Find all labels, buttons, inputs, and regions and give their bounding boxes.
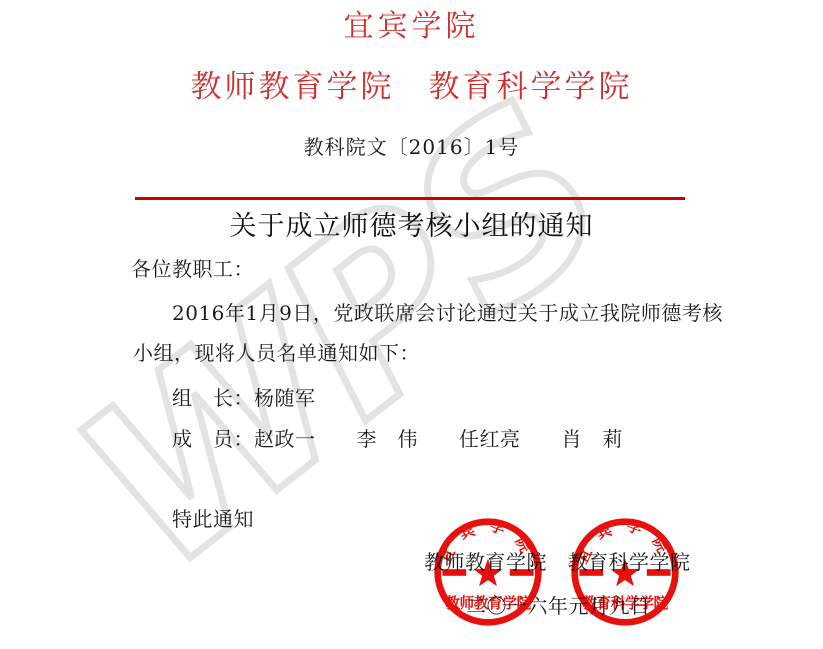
seal-bottom-text: 教师教育学院 [445, 594, 531, 612]
group-leader-line: 组 长：杨随军 [172, 387, 316, 410]
department-names: 教师教育学院 教育科学学院 [0, 70, 823, 106]
seal-teacher-education-college: 宜宾学院 教师教育学院 [431, 515, 545, 629]
paragraph-line-2: 小组，现将人员名单通知如下： [133, 342, 420, 365]
university-name: 宜宾学院 [0, 10, 823, 45]
star-icon [611, 559, 640, 586]
closing-line: 特此通知 [172, 508, 254, 531]
seal-right-bar [647, 569, 671, 576]
document-page: WPS 宜宾学院 教师教育学院 教育科学学院 教科院文〔2016〕1号 关于成立… [0, 0, 823, 649]
notice-title: 关于成立师德考核小组的通知 [0, 211, 823, 242]
star-icon [474, 559, 503, 586]
seal-left-bar [579, 569, 603, 576]
paragraph-line-1: 2016年1月9日，党政联席会讨论通过关于成立我院师德考核 [172, 302, 723, 325]
seal-right-bar [510, 569, 534, 576]
red-separator-line [135, 197, 685, 200]
document-number: 教科院文〔2016〕1号 [0, 136, 823, 159]
members-line: 成 员：赵政一 李 伟 任红亮 肖 莉 [172, 428, 623, 451]
seal-education-science-college: 宜宾学院 教育科学学院 [568, 515, 682, 629]
seal-bottom-text: 教育科学学院 [582, 594, 668, 612]
seal-left-bar [442, 569, 466, 576]
salutation: 各位教职工： [131, 258, 254, 281]
